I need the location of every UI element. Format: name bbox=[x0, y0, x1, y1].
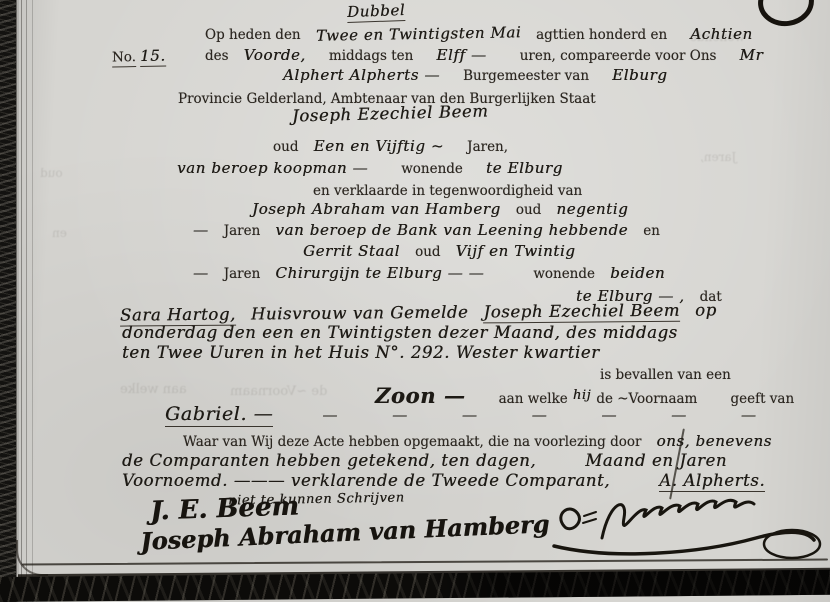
filler-dashes: — — — — — — — bbox=[322, 406, 758, 424]
page-stack-edges bbox=[16, 0, 40, 602]
mr-handwritten: Mr bbox=[740, 46, 764, 64]
scanned-document-page: oud en aan welke de ~Voornaam Jaren, won… bbox=[0, 0, 830, 602]
declarant-name: Joseph Ezechiel Beem bbox=[292, 101, 489, 125]
official-line: Alphert Alpherts — Burgemeester van Elbu… bbox=[283, 65, 668, 84]
printed-segment: des bbox=[205, 48, 229, 64]
daypart-handwritten: Voorde, bbox=[244, 46, 306, 64]
printed-segment: Burgemeester van bbox=[463, 68, 589, 84]
time-line: des Voorde, middags ten Elff — uren, com… bbox=[205, 45, 763, 64]
witness1-line: Joseph Abraham van Hamberg oud negentig bbox=[252, 199, 628, 218]
declarant-age-line: oud Een en Vijftig ~ Jaren, bbox=[273, 136, 508, 155]
closing-line-2: de Comparanten hebben getekend, ten dage… bbox=[122, 451, 727, 470]
book-spine-edge bbox=[0, 0, 16, 602]
witness2-name-handwritten: Gerrit Staal bbox=[303, 242, 400, 260]
bleed-through-text: en bbox=[52, 226, 67, 240]
father-name-handwritten: Joseph Ezechiel Beem bbox=[483, 301, 680, 324]
handwritten-segment: de Comparanten hebben getekend, ten dage… bbox=[122, 451, 536, 470]
born-line: is bevallen van een bbox=[600, 364, 731, 383]
printed-segment: is bevallen van een bbox=[600, 367, 731, 383]
witness1-age-handwritten: negentig bbox=[556, 200, 628, 218]
birth-date-line: donderdag den een en Twintigsten dezer M… bbox=[122, 323, 678, 342]
birth-place-line: ten Twee Uuren in het Huis N°. 292. West… bbox=[122, 343, 600, 362]
printed-segment: middags ten bbox=[329, 48, 413, 64]
dash-handwritten: — bbox=[193, 221, 209, 239]
duplicate-annotation: Dubbel bbox=[347, 0, 406, 21]
opening-line: Op heden den Twee en Twintigsten Mai agt… bbox=[205, 24, 753, 43]
witness2-profession-handwritten: Chirurgijn te Elburg — — bbox=[275, 264, 484, 282]
residence-handwritten: te Elburg bbox=[486, 159, 563, 177]
printed-segment: Jaren bbox=[224, 266, 261, 282]
burgomaster-place-handwritten: Elburg bbox=[612, 66, 667, 84]
date-handwritten: Twee en Twintigsten Mai bbox=[316, 23, 522, 45]
insert-handwritten: hij bbox=[573, 388, 591, 403]
handwritten-segment: Huisvrouw van Gemelde bbox=[251, 303, 469, 324]
printed-segment: oud bbox=[516, 202, 541, 218]
printed-segment: Op heden den bbox=[205, 27, 301, 43]
bleed-through-text: de ~Voornaam bbox=[230, 384, 327, 399]
printed-segment: wonende bbox=[401, 161, 463, 177]
act-number: No.15. bbox=[112, 46, 166, 66]
duplicate-annotation-text: Dubbel bbox=[347, 1, 406, 23]
burgomaster-name-handwritten: Alphert Alpherts — bbox=[283, 66, 440, 84]
handwritten-segment: Maand en Jaren bbox=[585, 451, 727, 470]
printed-segment: Jaren bbox=[224, 223, 261, 239]
printed-segment: Waar van Wij deze Acte hebben opgemaakt,… bbox=[183, 434, 641, 450]
bleed-through-text: Jaren, bbox=[700, 150, 736, 164]
witness1-profession-line: — Jaren van beroep de Bank van Leening h… bbox=[193, 220, 660, 239]
hour-handwritten: Elff — bbox=[436, 46, 486, 64]
bleed-through-text: aan welke bbox=[120, 382, 187, 397]
dash-handwritten: — bbox=[193, 264, 209, 282]
age-handwritten: Een en Vijftig ~ bbox=[314, 137, 445, 155]
cutoff-ink-flourish-top-right bbox=[755, 0, 817, 30]
profession-handwritten: van beroep koopman — bbox=[177, 159, 368, 177]
page-bottom-edge-line bbox=[22, 559, 828, 566]
act-number-value: 15. bbox=[140, 47, 166, 67]
child-name-line: Gabriel. — — — — — — — — bbox=[165, 403, 758, 425]
printed-segment: uren, compareerde voor Ons bbox=[520, 48, 717, 64]
bleed-through-text: oud bbox=[40, 166, 63, 180]
witness2-line: Gerrit Staal oud Vijf en Twintig bbox=[303, 241, 575, 260]
child-name-handwritten: Gabriel. — bbox=[165, 403, 273, 427]
printed-segment: oud bbox=[273, 139, 298, 155]
witness2-age-handwritten: Vijf en Twintig bbox=[456, 242, 576, 260]
printed-segment: agttien honderd en bbox=[536, 27, 667, 43]
birth-house-handwritten: ten Twee Uuren in het Huis N°. 292. West… bbox=[122, 343, 600, 362]
printed-segment: en bbox=[643, 223, 660, 239]
handwritten-segment: op bbox=[695, 300, 717, 319]
printed-segment: wonende bbox=[533, 266, 595, 282]
printed-segment: Jaren, bbox=[467, 139, 508, 155]
declarant-name-handwritten: Joseph Ezechiel Beem bbox=[292, 101, 489, 125]
act-number-label: No. bbox=[112, 49, 136, 67]
year-handwritten: Achtien bbox=[690, 25, 752, 43]
witness-intro-line: en verklaarde in tegenwoordigheid van bbox=[313, 180, 582, 199]
witness2-profession-line: — Jaren Chirurgijn te Elburg — — wonende… bbox=[193, 263, 665, 282]
printed-segment: oud bbox=[415, 244, 440, 260]
witness2-residence-handwritten: beiden bbox=[610, 264, 665, 282]
witness1-profession-handwritten: van beroep de Bank van Leening hebbende bbox=[275, 221, 628, 239]
birth-date-handwritten: donderdag den een en Twintigsten dezer M… bbox=[122, 323, 678, 342]
mother-line: Sara Hartog, Huisvrouw van Gemelde Josep… bbox=[120, 300, 717, 324]
handwritten-segment: ons, benevens bbox=[657, 432, 772, 450]
witness1-name-handwritten: Joseph Abraham van Hamberg bbox=[252, 200, 501, 218]
printed-segment: en verklaarde in tegenwoordigheid van bbox=[313, 183, 582, 199]
official-signature-flourish bbox=[548, 486, 830, 562]
declarant-profession-line: van beroep koopman — wonende te Elburg bbox=[177, 158, 563, 177]
